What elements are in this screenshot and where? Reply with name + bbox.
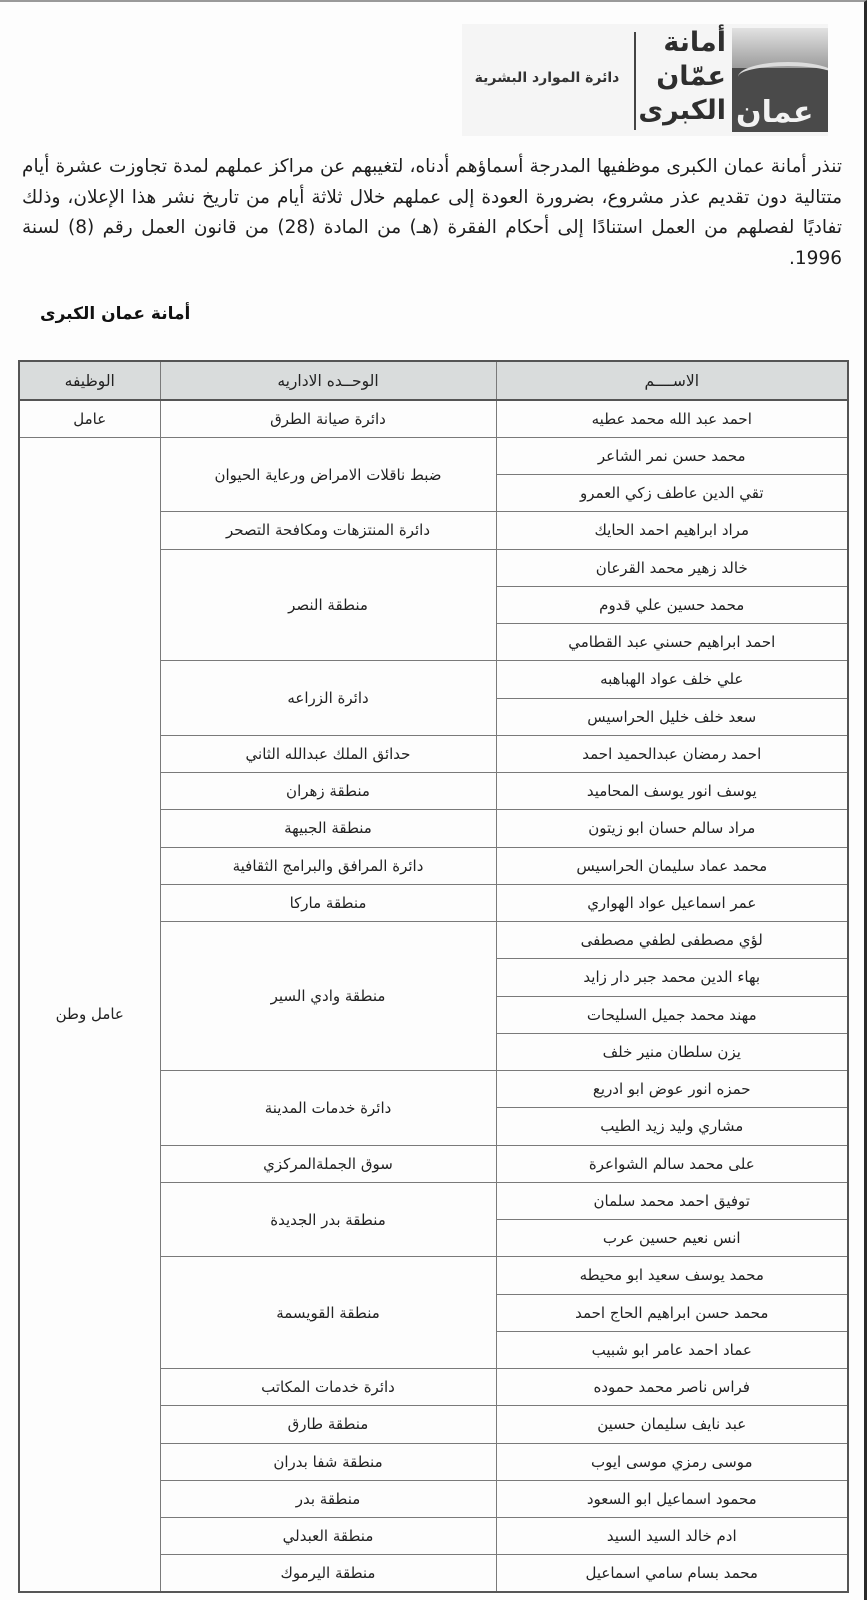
employee-name: احمد عبد الله محمد عطيه — [496, 400, 848, 437]
administrative-unit: سوق الجملةالمركزي — [160, 1145, 496, 1182]
employee-name: مشاري وليد زيد الطيب — [496, 1108, 848, 1145]
administrative-unit: دائرة المنتزهات ومكافحة التصحر — [160, 512, 496, 549]
employee-name: مراد سالم حسان ابو زيتون — [496, 810, 848, 847]
employee-name: حمزه انور عوض ابو ادريع — [496, 1071, 848, 1108]
administrative-unit: دائرة خدمات المدينة — [160, 1071, 496, 1146]
table-body: احمد عبد الله محمد عطيهدائرة صيانة الطرق… — [19, 400, 848, 1592]
signature: أمانة عمان الكبرى — [40, 304, 190, 324]
administrative-unit: دائرة خدمات المكاتب — [160, 1369, 496, 1406]
employee-name: محمد عماد سليمان الحراسيس — [496, 847, 848, 884]
table-row: احمد عبد الله محمد عطيهدائرة صيانة الطرق… — [19, 400, 848, 437]
administrative-unit: ضبط ناقلات الامراض ورعاية الحيوان — [160, 437, 496, 512]
employee-name: عماد احمد عامر ابو شبيب — [496, 1331, 848, 1368]
administrative-unit: منطقة ماركا — [160, 884, 496, 921]
amman-municipality-logo-icon: عمان — [732, 28, 828, 132]
org-name-line-3: الكبرى — [638, 94, 726, 128]
employee-name: يزن سلطان منير خلف — [496, 1033, 848, 1070]
header-divider — [634, 32, 636, 130]
column-header-job: الوظيفه — [19, 361, 160, 400]
employee-name: محمد يوسف سعيد ابو محيطه — [496, 1257, 848, 1294]
administrative-unit: منطقة القويسمة — [160, 1257, 496, 1369]
administrative-unit: منطقة بدر — [160, 1480, 496, 1517]
administrative-unit: منطقة وادي السير — [160, 922, 496, 1071]
employee-name: توفيق احمد محمد سلمان — [496, 1182, 848, 1219]
employee-name: مهند محمد جميل السليحات — [496, 996, 848, 1033]
employee-name: عبد نايف سليمان حسين — [496, 1406, 848, 1443]
employee-table: الاســــم الوحــده الاداريه الوظيفه احمد… — [18, 360, 849, 1593]
administrative-unit: منطقة العبدلي — [160, 1518, 496, 1555]
department-name: دائرة الموارد البشرية — [472, 70, 622, 86]
org-name: أمانة عمّان الكبرى — [638, 26, 726, 128]
org-name-line-1: أمانة — [638, 26, 726, 60]
employee-name: فراس ناصر محمد حموده — [496, 1369, 848, 1406]
employee-name: سعد خلف خليل الحراسيس — [496, 698, 848, 735]
administrative-unit: منطقة بدر الجديدة — [160, 1182, 496, 1257]
column-header-unit: الوحــده الاداريه — [160, 361, 496, 400]
notice-page: عمان أمانة عمّان الكبرى دائرة الموارد ال… — [0, 0, 867, 1600]
administrative-unit: دائرة الزراعه — [160, 661, 496, 736]
employee-name: عمر اسماعيل عواد الهواري — [496, 884, 848, 921]
employee-name: مراد ابراهيم احمد الحايك — [496, 512, 848, 549]
employee-name: احمد رمضان عبدالحميد احمد — [496, 735, 848, 772]
table-header-row: الاســــم الوحــده الاداريه الوظيفه — [19, 361, 848, 400]
administrative-unit: حدائق الملك عبدالله الثاني — [160, 735, 496, 772]
employee-name: محمد حسن نمر الشاعر — [496, 437, 848, 474]
logo-arch — [738, 62, 828, 92]
employee-name: ادم خالد السيد السيد — [496, 1518, 848, 1555]
column-header-name: الاســــم — [496, 361, 848, 400]
logo-glyph: عمان — [736, 95, 813, 130]
employee-name: خالد زهير محمد القرعان — [496, 549, 848, 586]
employee-name: تقي الدين عاطف زكي العمرو — [496, 475, 848, 512]
administrative-unit: منطقة النصر — [160, 549, 496, 661]
administrative-unit: منطقة شفا بدران — [160, 1443, 496, 1480]
employee-name: احمد ابراهيم حسني عبد القطامي — [496, 624, 848, 661]
employee-name: موسى رمزي موسى ايوب — [496, 1443, 848, 1480]
administrative-unit: منطقة اليرموك — [160, 1555, 496, 1592]
job-title: عامل وطن — [19, 437, 160, 1592]
letterhead: عمان أمانة عمّان الكبرى دائرة الموارد ال… — [462, 24, 828, 136]
org-name-line-2: عمّان — [638, 60, 726, 94]
employee-name: انس نعيم حسين عرب — [496, 1220, 848, 1257]
administrative-unit: منطقة زهران — [160, 773, 496, 810]
employee-name: علي خلف عواد الهباهبه — [496, 661, 848, 698]
job-title: عامل — [19, 400, 160, 437]
administrative-unit: دائرة صيانة الطرق — [160, 400, 496, 437]
employee-name: بهاء الدين محمد جبر دار زايد — [496, 959, 848, 996]
administrative-unit: دائرة المرافق والبرامج الثقافية — [160, 847, 496, 884]
notice-paragraph: تنذر أمانة عمان الكبرى موظفيها المدرجة أ… — [22, 152, 842, 274]
employee-name: على محمد سالم الشواعرة — [496, 1145, 848, 1182]
employee-name: يوسف انور يوسف المحاميد — [496, 773, 848, 810]
employee-name: لؤي مصطفى لطفي مصطفى — [496, 922, 848, 959]
administrative-unit: منطقة طارق — [160, 1406, 496, 1443]
employee-name: محمد حسن ابراهيم الحاج احمد — [496, 1294, 848, 1331]
table-row: محمد حسن نمر الشاعرضبط ناقلات الامراض ور… — [19, 437, 848, 474]
employee-name: محمود اسماعيل ابو السعود — [496, 1480, 848, 1517]
employee-name: محمد حسين علي قدوم — [496, 586, 848, 623]
employee-name: محمد بسام سامي اسماعيل — [496, 1555, 848, 1592]
administrative-unit: منطقة الجبيهة — [160, 810, 496, 847]
